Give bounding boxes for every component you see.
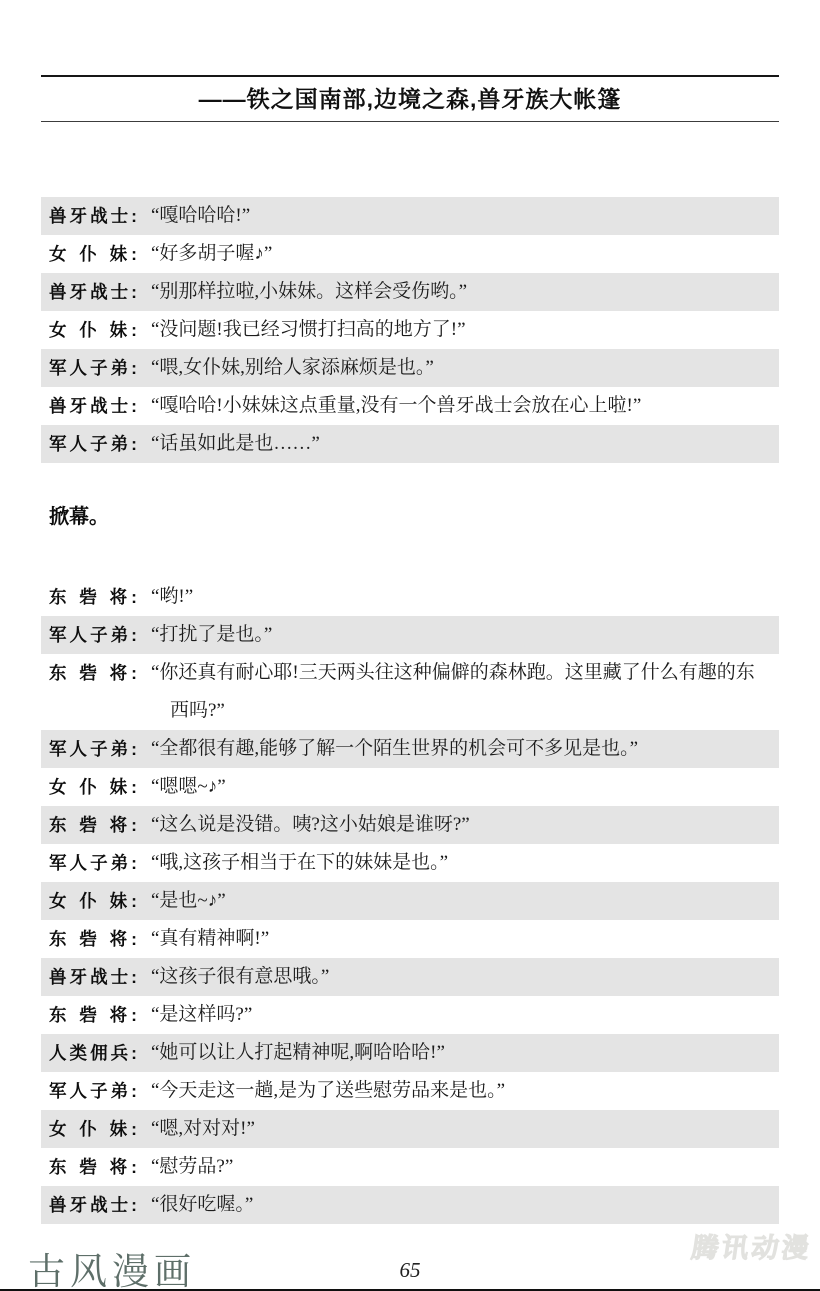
dialogue-text: “她可以让人打起精神呢,啊哈哈哈!”: [151, 1034, 451, 1072]
speaker-label: 东 砦 将:: [49, 578, 137, 616]
dialogue-row: 女 仆 妹: “好多胡子喔♪”: [41, 235, 779, 273]
dialogue-row: 东 砦 将: “是这样吗?”: [41, 996, 779, 1034]
speaker-label: 女 仆 妹:: [49, 235, 137, 273]
speaker-label: 东 砦 将:: [49, 920, 137, 958]
scene-heading: ——铁之国南部,边境之森,兽牙族大帐篷: [41, 77, 779, 121]
speaker-label: 兽牙战士:: [49, 387, 137, 425]
speaker-label: 东 砦 将:: [49, 654, 137, 692]
dialogue-row: 兽牙战士: “这孩子很有意思哦。”: [41, 958, 779, 996]
dialogue-text: “真有精神啊!”: [151, 920, 275, 958]
dialogue-text: “这么说是没错。咦?这小姑娘是谁呀?”: [151, 806, 476, 844]
dialogue-row: 东 砦 将: “慰劳品?”: [41, 1148, 779, 1186]
dialogue-text: “是也~♪”: [151, 882, 232, 920]
dialogue-row: 兽牙战士: “嘎哈哈!小妹妹这点重量,没有一个兽牙战士会放在心上啦!”: [41, 387, 779, 425]
speaker-label: 东 砦 将:: [49, 996, 137, 1034]
speaker-label: 军人子弟:: [49, 425, 137, 463]
speaker-label: 东 砦 将:: [49, 806, 137, 844]
speaker-label: 女 仆 妹:: [49, 1110, 137, 1148]
speaker-label: 女 仆 妹:: [49, 882, 137, 920]
dialogue-block-2: 东 砦 将: “哟!” 军人子弟: “打扰了是也。” 东 砦 将: “你还真有耐…: [41, 578, 779, 1224]
dialogue-text: “哦,这孩子相当于在下的妹妹是也。”: [151, 844, 454, 882]
dialogue-row: 军人子弟: “话虽如此是也……”: [41, 425, 779, 463]
dialogue-text: “嘎哈哈哈!”: [151, 197, 256, 235]
speaker-label: 军人子弟:: [49, 616, 137, 654]
dialogue-row: 军人子弟: “哦,这孩子相当于在下的妹妹是也。”: [41, 844, 779, 882]
dialogue-row: 东 砦 将: “你还真有耐心耶!三天两头往这种偏僻的森林跑。这里藏了什么有趣的东…: [41, 654, 779, 730]
dialogue-row: 军人子弟: “喂,女仆妹,别给人家添麻烦是也。”: [41, 349, 779, 387]
dialogue-text: “话虽如此是也……”: [151, 425, 326, 463]
dialogue-row: 兽牙战士: “别那样拉啦,小妹妹。这样会受伤哟。”: [41, 273, 779, 311]
page-content: ——铁之国南部,边境之森,兽牙族大帐篷 兽牙战士: “嘎哈哈哈!” 女 仆 妹:…: [41, 75, 779, 1224]
speaker-label: 兽牙战士:: [49, 197, 137, 235]
dialogue-text: “很好吃喔。”: [151, 1186, 259, 1224]
dialogue-text: “今天走这一趟,是为了送些慰劳品来是也。”: [151, 1072, 511, 1110]
dialogue-row: 人类佣兵: “她可以让人打起精神呢,啊哈哈哈!”: [41, 1034, 779, 1072]
stage-direction: 掀幕。: [49, 503, 779, 531]
speaker-label: 军人子弟:: [49, 1072, 137, 1110]
speaker-label: 兽牙战士:: [49, 958, 137, 996]
speaker-label: 军人子弟:: [49, 844, 137, 882]
heading-underline: [41, 121, 779, 122]
dialogue-row: 东 砦 将: “真有精神啊!”: [41, 920, 779, 958]
dialogue-text: “没问题!我已经习惯打扫高的地方了!”: [151, 311, 472, 349]
dialogue-row: 女 仆 妹: “嗯,对对对!”: [41, 1110, 779, 1148]
dialogue-text: “别那样拉啦,小妹妹。这样会受伤哟。”: [151, 273, 473, 311]
speaker-label: 人类佣兵:: [49, 1034, 137, 1072]
dialogue-text: “嗯,对对对!”: [151, 1110, 261, 1148]
dialogue-text: “嗯嗯~♪”: [151, 768, 232, 806]
dialogue-row: 兽牙战士: “很好吃喔。”: [41, 1186, 779, 1224]
dialogue-text: “哟!”: [151, 578, 199, 616]
dialogue-row: 军人子弟: “今天走这一趟,是为了送些慰劳品来是也。”: [41, 1072, 779, 1110]
dialogue-row: 军人子弟: “全都很有趣,能够了解一个陌生世界的机会可不多见是也。”: [41, 730, 779, 768]
dialogue-row: 女 仆 妹: “是也~♪”: [41, 882, 779, 920]
dialogue-text: “全都很有趣,能够了解一个陌生世界的机会可不多见是也。”: [151, 730, 644, 768]
speaker-label: 女 仆 妹:: [49, 768, 137, 806]
dialogue-row: 东 砦 将: “这么说是没错。咦?这小姑娘是谁呀?”: [41, 806, 779, 844]
script-page: ——铁之国南部,边境之森,兽牙族大帐篷 兽牙战士: “嘎哈哈哈!” 女 仆 妹:…: [0, 0, 820, 1291]
tencent-comics-watermark: 腾讯动漫: [689, 1226, 814, 1265]
dialogue-row: 女 仆 妹: “没问题!我已经习惯打扫高的地方了!”: [41, 311, 779, 349]
dialogue-text: “这孩子很有意思哦。”: [151, 958, 335, 996]
speaker-label: 兽牙战士:: [49, 273, 137, 311]
dialogue-text: “好多胡子喔♪”: [151, 235, 278, 273]
dialogue-text: “喂,女仆妹,别给人家添麻烦是也。”: [151, 349, 440, 387]
speaker-label: 兽牙战士:: [49, 1186, 137, 1224]
dialogue-text: “你还真有耐心耶!三天两头往这种偏僻的森林跑。这里藏了什么有趣的东西吗?”: [151, 654, 779, 730]
dialogue-text: “打扰了是也。”: [151, 616, 278, 654]
dialogue-row: 女 仆 妹: “嗯嗯~♪”: [41, 768, 779, 806]
speaker-label: 东 砦 将:: [49, 1148, 137, 1186]
dialogue-text: “慰劳品?”: [151, 1148, 239, 1186]
dialogue-row: 东 砦 将: “哟!”: [41, 578, 779, 616]
speaker-label: 军人子弟:: [49, 349, 137, 387]
speaker-label: 女 仆 妹:: [49, 311, 137, 349]
dialogue-text: “嘎哈哈!小妹妹这点重量,没有一个兽牙战士会放在心上啦!”: [151, 387, 647, 425]
dialogue-text: “是这样吗?”: [151, 996, 258, 1034]
dialogue-row: 兽牙战士: “嘎哈哈哈!”: [41, 197, 779, 235]
dialogue-block-1: 兽牙战士: “嘎哈哈哈!” 女 仆 妹: “好多胡子喔♪” 兽牙战士: “别那样…: [41, 197, 779, 463]
dialogue-row: 军人子弟: “打扰了是也。”: [41, 616, 779, 654]
speaker-label: 军人子弟:: [49, 730, 137, 768]
